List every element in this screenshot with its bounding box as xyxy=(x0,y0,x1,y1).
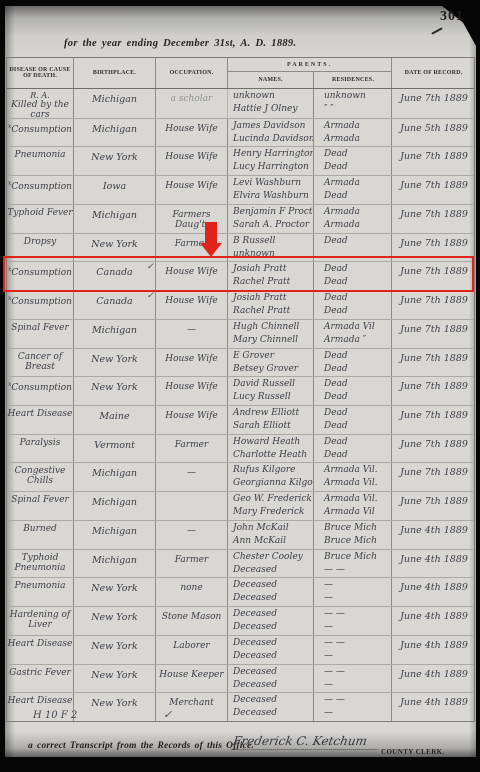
cell-cause-of-death: Hardening of Liver xyxy=(7,607,74,635)
cell-parent-residences: DeadDead xyxy=(314,349,392,377)
cell-date-of-record: June 7th 1889 xyxy=(392,435,474,463)
page-number-underline-mark xyxy=(431,27,443,34)
cell-parent-names: Howard HeathCharlotte Heath xyxy=(228,435,314,463)
cell-occupation: — xyxy=(156,521,228,549)
cell-parent-residences: — —— xyxy=(314,607,392,635)
cell-parent-names: Benjamin F ProctorSarah A. Proctor xyxy=(228,205,314,233)
cell-occupation: House Wife xyxy=(156,176,228,204)
cell-date-of-record: June 4th 1889 xyxy=(392,636,474,664)
cell-date-of-record: June 7th 1889 xyxy=(392,147,474,175)
cell-cause-of-death: Burned xyxy=(7,521,74,549)
cell-date-of-record: June 7th 1889 xyxy=(392,463,474,491)
cell-parent-residences: ArmadaArmada xyxy=(314,205,392,233)
cell-occupation: none xyxy=(156,578,228,606)
cell-parent-residences: — —— xyxy=(314,636,392,664)
cell-cause-of-death: xConsumption xyxy=(7,176,74,204)
cell-occupation: House Wife xyxy=(156,377,228,405)
cell-parent-residences: — —— xyxy=(314,665,392,693)
cell-occupation: House Wife xyxy=(156,147,228,175)
scanned-ledger-page: 301 for the year ending December 31st, A… xyxy=(5,6,476,757)
cell-cause-of-death: R. A.Killed by the cars xyxy=(7,89,74,118)
cell-birthplace: Michigan xyxy=(74,320,156,348)
cell-parent-names: DeceasedDeceased xyxy=(228,693,314,721)
cell-birthplace: New York xyxy=(74,349,156,377)
column-header-names: NAMES. xyxy=(228,72,314,88)
cell-cause-of-death: Pneumonia xyxy=(7,578,74,606)
cell-birthplace: New York xyxy=(74,377,156,405)
cell-cause-of-death: Paralysis xyxy=(7,435,74,463)
table-row: PneumoniaNew YorknoneDeceasedDeceased——J… xyxy=(7,577,474,606)
cell-birthplace: New York xyxy=(74,636,156,664)
cell-birthplace: New York xyxy=(74,693,156,721)
column-header-date: DATE OF RECORD. xyxy=(392,58,475,88)
table-row: BurnedMichigan—John McKailAnn McKailBruc… xyxy=(7,520,474,549)
cell-parent-names: Rufus KilgoreGeorgianna Kilgore xyxy=(228,463,314,491)
county-clerk-signature: Frederick C. Ketchum xyxy=(232,734,381,750)
death-record-table: DISEASE OR CAUSE OF DEATH. BIRTHPLACE. O… xyxy=(6,57,475,722)
cell-occupation: Stone Mason xyxy=(156,607,228,635)
cell-date-of-record: June 4th 1889 xyxy=(392,607,474,635)
cell-cause-of-death: Heart Disease xyxy=(7,406,74,434)
cell-parent-residences: ArmadaDead xyxy=(314,176,392,204)
cell-date-of-record: June 4th 1889 xyxy=(392,578,474,606)
tally-mark: H 10 F 2 xyxy=(33,710,77,721)
cell-occupation: House Wife xyxy=(156,291,228,319)
cell-parent-names: Hugh ChinnellMary Chinnell xyxy=(228,320,314,348)
cell-parent-residences: DeadDead xyxy=(314,406,392,434)
table-row: Heart DiseaseNew YorkLaborerDeceasedDece… xyxy=(7,635,474,664)
cell-date-of-record: June 4th 1889 xyxy=(392,665,474,693)
table-row: Spinal FeverMichiganGeo W. FrederickMary… xyxy=(7,491,474,520)
cell-date-of-record: June 7th 1889 xyxy=(392,291,474,319)
cell-parent-residences: Bruce MichBruce Mich xyxy=(314,521,392,549)
cell-birthplace: Vermont xyxy=(74,435,156,463)
cell-cause-of-death: xConsumption xyxy=(7,291,74,319)
cell-date-of-record: June 7th 1889 xyxy=(392,492,474,520)
county-clerk-label: COUNTY CLERK. xyxy=(381,748,445,756)
cell-parent-names: Josiah PrattRachel Pratt xyxy=(228,291,314,319)
cell-birthplace: Michigan xyxy=(74,205,156,233)
cell-date-of-record: June 7th 1889 xyxy=(392,176,474,204)
column-header-occupation: OCCUPATION. xyxy=(156,58,228,88)
cell-date-of-record: June 7th 1889 xyxy=(392,349,474,377)
cell-cause-of-death: Cancer of Breast xyxy=(7,349,74,377)
table-row: Cancer of BreastNew YorkHouse WifeE Grov… xyxy=(7,348,474,377)
cell-birthplace: Michigan xyxy=(74,89,156,118)
cell-parent-names: Chester CooleyDeceased xyxy=(228,550,314,578)
page-number: 301 xyxy=(440,9,464,25)
cell-parent-residences: —— xyxy=(314,578,392,606)
table-row: PneumoniaNew YorkHouse WifeHenry Harring… xyxy=(7,146,474,175)
table-row: Spinal FeverMichigan—Hugh ChinnellMary C… xyxy=(7,319,474,348)
cell-birthplace: Michigan xyxy=(74,550,156,578)
table-row: xConsumptionCanada✓House WifeJosiah Prat… xyxy=(7,290,474,319)
cell-cause-of-death: xConsumption xyxy=(7,377,74,405)
cell-birthplace: New York xyxy=(74,665,156,693)
cell-parent-residences: Armada Vil.Armada Vil. xyxy=(314,463,392,491)
cell-birthplace: New York xyxy=(74,578,156,606)
cell-date-of-record: June 4th 1889 xyxy=(392,521,474,549)
cell-birthplace: Michigan xyxy=(74,492,156,520)
cell-occupation: a scholar xyxy=(156,89,228,118)
cell-parent-names: Geo W. FrederickMary Frederick xyxy=(228,492,314,520)
cell-parent-names: Andrew ElliottSarah Elliott xyxy=(228,406,314,434)
cell-date-of-record: June 7th 1889 xyxy=(392,205,474,233)
highlight-box-annotation xyxy=(3,256,474,292)
cell-cause-of-death: Heart Disease xyxy=(7,636,74,664)
cell-occupation: — xyxy=(156,320,228,348)
cell-parent-residences: — —— xyxy=(314,693,392,721)
cell-parent-names: unknownHattie J Olney xyxy=(228,89,314,118)
cell-parent-names: Levi WashburnElvira Washburn xyxy=(228,176,314,204)
cell-date-of-record: June 4th 1889 xyxy=(392,550,474,578)
year-ending-line: for the year ending December 31st, A. D.… xyxy=(64,38,296,49)
table-row: xConsumptionNew YorkHouse WifeDavid Russ… xyxy=(7,376,474,405)
cell-parent-residences: DeadDead xyxy=(314,435,392,463)
cell-cause-of-death: Congestive Chills xyxy=(7,463,74,491)
table-row: xConsumptionIowaHouse WifeLevi WashburnE… xyxy=(7,175,474,204)
cell-birthplace: Canada✓ xyxy=(74,291,156,319)
cell-parent-residences: unknown″ ″ xyxy=(314,89,392,118)
cell-birthplace: Iowa xyxy=(74,176,156,204)
cell-date-of-record: June 5th 1889 xyxy=(392,119,474,147)
table-row: Gastric FeverNew YorkHouse KeeperDecease… xyxy=(7,664,474,693)
cell-parent-names: John McKailAnn McKail xyxy=(228,521,314,549)
table-header: DISEASE OR CAUSE OF DEATH. BIRTHPLACE. O… xyxy=(7,58,474,89)
cell-cause-of-death: Typhoid Pneumonia xyxy=(7,550,74,578)
cell-occupation: House Wife xyxy=(156,406,228,434)
cell-parent-names: James DavidsonLucinda Davidson xyxy=(228,119,314,147)
cell-occupation: Farmer xyxy=(156,550,228,578)
table-row: Heart DiseaseMaineHouse WifeAndrew Ellio… xyxy=(7,405,474,434)
cell-parent-residences: DeadDead xyxy=(314,291,392,319)
cell-birthplace: New York xyxy=(74,147,156,175)
cell-cause-of-death: Pneumonia xyxy=(7,147,74,175)
cell-date-of-record: June 7th 1889 xyxy=(392,320,474,348)
cell-date-of-record: June 7th 1889 xyxy=(392,89,474,118)
cell-occupation: House Wife xyxy=(156,349,228,377)
cell-parent-names: DeceasedDeceased xyxy=(228,636,314,664)
cell-parent-residences: DeadDead xyxy=(314,147,392,175)
cell-birthplace: Michigan xyxy=(74,463,156,491)
cell-occupation: House Wife xyxy=(156,119,228,147)
table-row: ParalysisVermontFarmerHoward HeathCharlo… xyxy=(7,434,474,463)
cell-parent-residences: ArmadaArmada xyxy=(314,119,392,147)
table-row: R. A.Killed by the carsMichigana scholar… xyxy=(7,89,474,118)
cell-occupation: Farmer xyxy=(156,435,228,463)
cell-cause-of-death: xConsumption xyxy=(7,119,74,147)
cell-birthplace: Maine xyxy=(74,406,156,434)
cell-parent-names: David RussellLucy Russell xyxy=(228,377,314,405)
cell-birthplace: Michigan xyxy=(74,119,156,147)
cell-cause-of-death: Gastric Fever xyxy=(7,665,74,693)
table-row: Congestive ChillsMichigan—Rufus KilgoreG… xyxy=(7,462,474,491)
cell-parent-residences: DeadDead xyxy=(314,377,392,405)
cell-cause-of-death: Typhoid Fever xyxy=(7,205,74,233)
red-arrow-stem xyxy=(205,222,217,243)
cell-date-of-record: June 7th 1889 xyxy=(392,377,474,405)
cell-occupation: Laborer xyxy=(156,636,228,664)
table-row: xConsumptionMichiganHouse WifeJames Davi… xyxy=(7,118,474,147)
transcript-note: a correct Transcript from the Records of… xyxy=(28,741,254,751)
cell-date-of-record: June 7th 1889 xyxy=(392,406,474,434)
table-row: Typhoid PneumoniaMichiganFarmerChester C… xyxy=(7,549,474,578)
check-mark: ✓ xyxy=(163,708,172,721)
table-body: R. A.Killed by the carsMichigana scholar… xyxy=(7,89,474,721)
cell-occupation: — xyxy=(156,463,228,491)
red-arrow-annotation xyxy=(200,222,222,260)
table-row: Typhoid FeverMichiganFarmers Daug't,Benj… xyxy=(7,204,474,233)
cell-occupation xyxy=(156,492,228,520)
cell-parent-residences: Armada Vil.Armada Vil xyxy=(314,492,392,520)
column-header-parents-group: PARENTS. NAMES. RESIDENCES. xyxy=(228,58,392,88)
cell-birthplace: Michigan xyxy=(74,521,156,549)
cell-occupation: House Keeper xyxy=(156,665,228,693)
cell-cause-of-death: Spinal Fever xyxy=(7,492,74,520)
column-header-birthplace: BIRTHPLACE. xyxy=(74,58,156,88)
cell-date-of-record: June 4th 1889 xyxy=(392,693,474,721)
cell-birthplace: New York xyxy=(74,607,156,635)
column-header-residences: RESIDENCES. xyxy=(314,72,392,88)
column-header-parents: PARENTS. xyxy=(228,58,391,72)
cell-parent-names: DeceasedDeceased xyxy=(228,665,314,693)
red-arrow-head xyxy=(200,243,222,257)
cell-parent-residences: Armada VilArmada ″ xyxy=(314,320,392,348)
table-row: Hardening of LiverNew YorkStone MasonDec… xyxy=(7,606,474,635)
cell-cause-of-death: Spinal Fever xyxy=(7,320,74,348)
cell-parent-names: DeceasedDeceased xyxy=(228,607,314,635)
cell-parent-names: Henry HarringtonLucy Harrington xyxy=(228,147,314,175)
cell-parent-residences: Bruce Mich— — xyxy=(314,550,392,578)
column-header-cause: DISEASE OR CAUSE OF DEATH. xyxy=(7,58,74,88)
cell-parent-names: E GroverBetsey Grover xyxy=(228,349,314,377)
cell-parent-names: DeceasedDeceased xyxy=(228,578,314,606)
